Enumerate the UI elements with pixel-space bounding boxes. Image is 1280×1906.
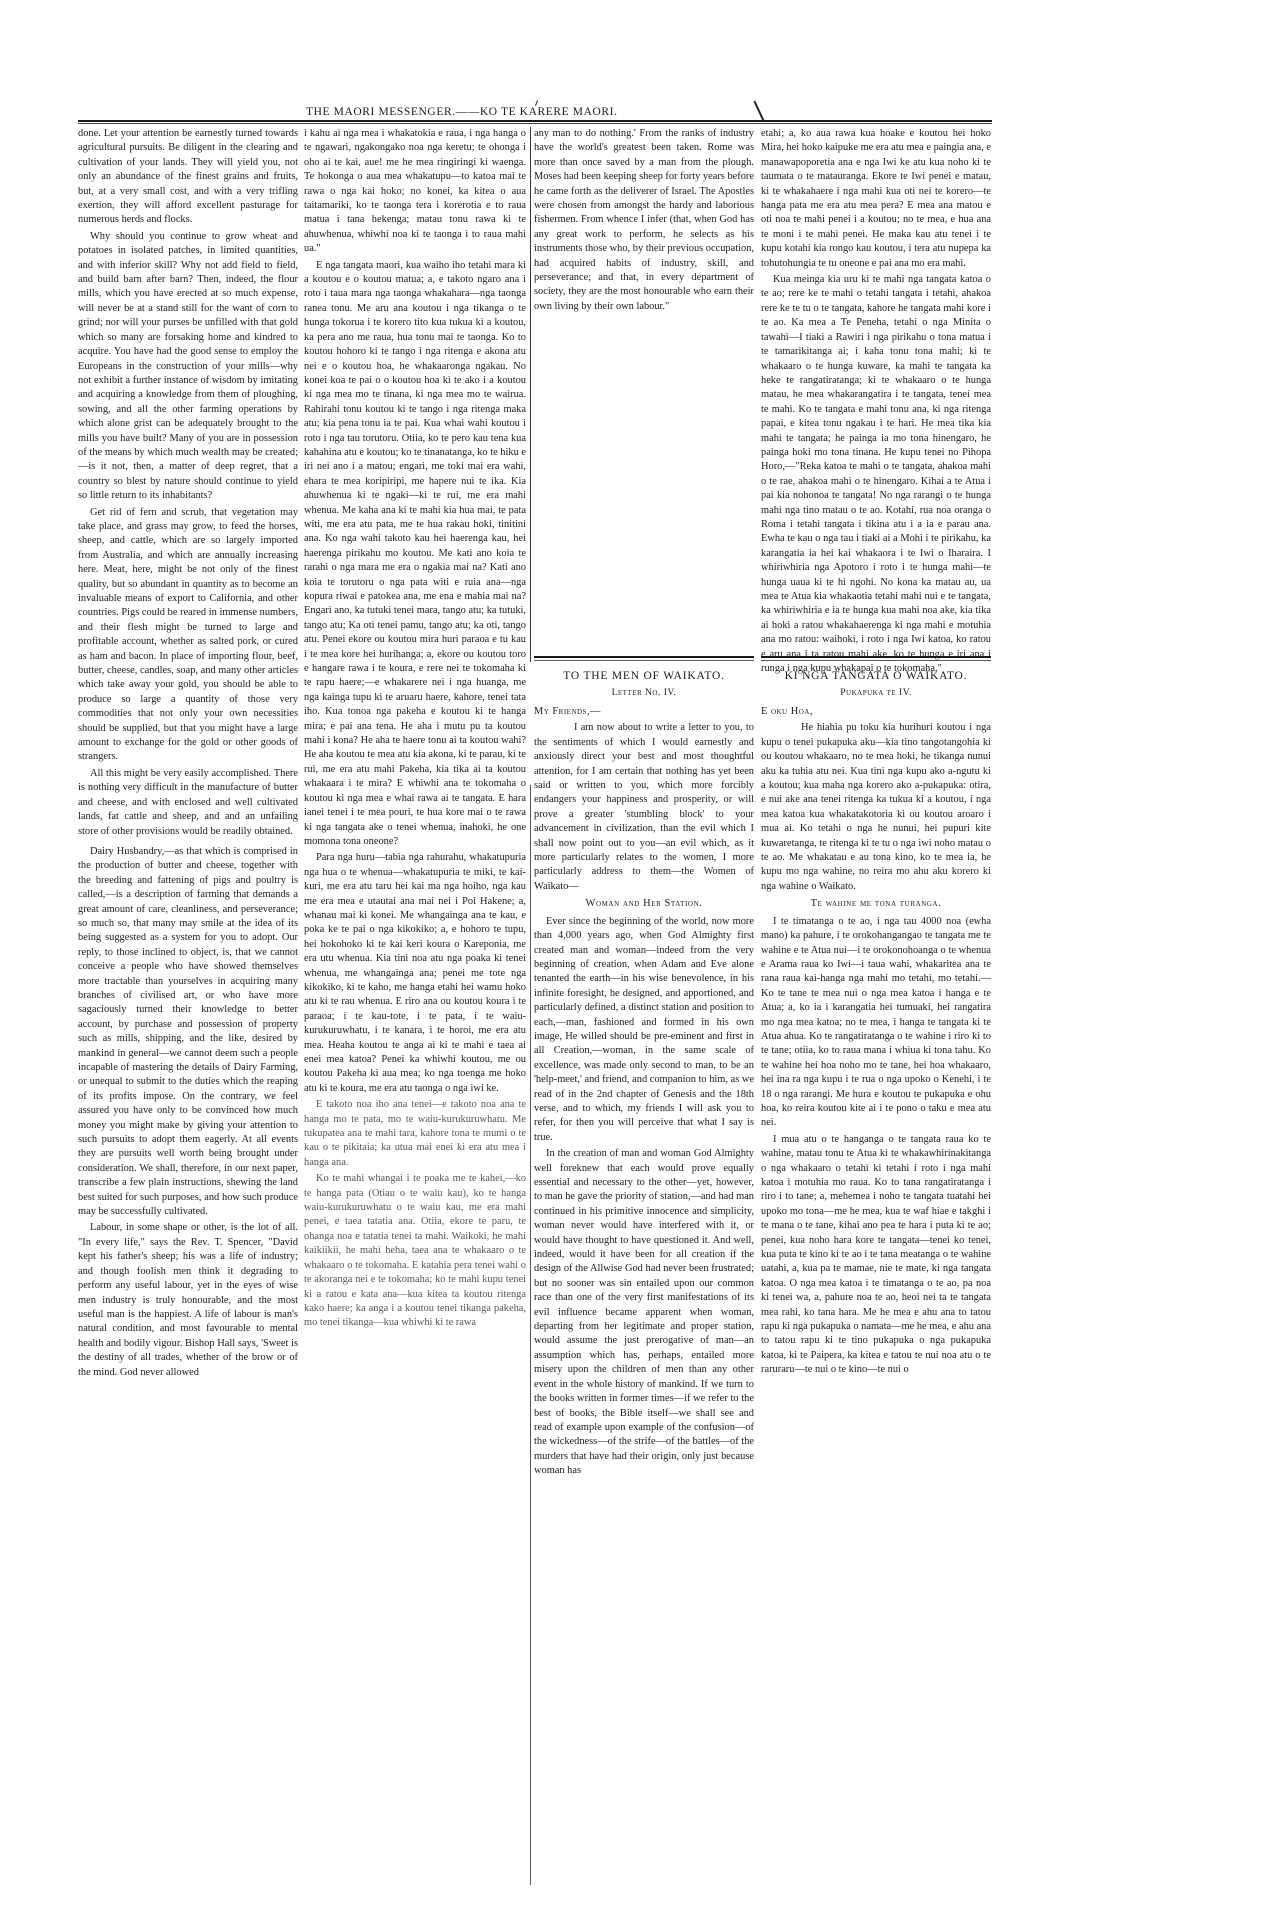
paragraph: any man to do nothing.' From the ranks o… bbox=[534, 127, 754, 314]
paragraph: i kahu ai nga mea i whakatokia e raua, i… bbox=[304, 127, 526, 257]
header-rule-thin bbox=[78, 123, 992, 124]
salutation: My Friends,— bbox=[534, 705, 754, 719]
paragraph: done. Let your attention be earnestly tu… bbox=[78, 127, 298, 228]
letter-number-english: Letter No. IV. bbox=[534, 688, 754, 698]
section-rule-thin bbox=[534, 660, 754, 661]
paragraph: Labour, in some shape or other, is the l… bbox=[78, 1221, 298, 1379]
paragraph: Why should you continue to grow wheat an… bbox=[78, 230, 298, 504]
letter-number-maori: Pukapuka te IV. bbox=[761, 688, 991, 698]
paragraph: I te timatanga o te ao, i nga tau 4000 n… bbox=[761, 915, 991, 1131]
column-divider bbox=[530, 127, 531, 662]
pencil-mark bbox=[753, 101, 764, 122]
column-maori-letter: etahi; a, ko aua rawa kua hoake e koutou… bbox=[761, 127, 991, 676]
paragraph: In the creation of man and woman God Alm… bbox=[534, 1147, 754, 1478]
paragraph: Dairy Husbandry,—as that which is compri… bbox=[78, 845, 298, 1220]
newspaper-page: THE MAORI MESSENGER.——KO TE KARERE MAORI… bbox=[78, 100, 992, 118]
subheading: Woman and Her Station. bbox=[534, 897, 754, 911]
paragraph: E nga tangata maori, kua waiho iho tetah… bbox=[304, 259, 526, 850]
section-rule bbox=[761, 656, 991, 658]
subheading: Te wahine me tona turanga. bbox=[761, 897, 991, 911]
paragraph: Get rid of fern and scrub, that vegetati… bbox=[78, 506, 298, 765]
section-rule bbox=[534, 656, 754, 658]
paragraph: E takoto noa iho ana tenei—e takoto noa … bbox=[304, 1098, 526, 1170]
paragraph: Para nga huru—tabia nga rahurahu, whakat… bbox=[304, 851, 526, 1096]
header-rule bbox=[78, 120, 992, 122]
section-rule-thin bbox=[761, 660, 991, 661]
letter-body-maori: E oku Hoa, He hiahia pu toku kia hurihur… bbox=[761, 705, 991, 1378]
paragraph: Ko te mahi whangai i te poaka me te kahe… bbox=[304, 1172, 526, 1330]
column-maori-agriculture: i kahu ai nga mea i whakatokia e raua, i… bbox=[304, 127, 526, 1331]
column-divider-lower bbox=[530, 785, 531, 1885]
paragraph: I mua atu o te hanganga o te tangata rau… bbox=[761, 1133, 991, 1378]
column-english-letter: any man to do nothing.' From the ranks o… bbox=[534, 127, 754, 314]
paragraph: He hiahia pu toku kia hurihuri koutou i … bbox=[761, 721, 991, 894]
paragraph: All this might be very easily accomplish… bbox=[78, 767, 298, 839]
page-title: THE MAORI MESSENGER.——KO TE KARERE MAORI… bbox=[306, 106, 618, 118]
section-title-english: TO THE MEN OF WAIKATO. bbox=[534, 670, 754, 682]
paragraph: etahi; a, ko aua rawa kua hoake e koutou… bbox=[761, 127, 991, 271]
letter-body-english: My Friends,— I am now about to write a l… bbox=[534, 705, 754, 1479]
paragraph: Ever since the beginning of the world, n… bbox=[534, 915, 754, 1146]
paragraph: Kua meinga kia uru ki te mahi nga tangat… bbox=[761, 273, 991, 676]
column-english-agriculture: done. Let your attention be earnestly tu… bbox=[78, 127, 298, 1380]
salutation: E oku Hoa, bbox=[761, 705, 991, 719]
masthead: THE MAORI MESSENGER.——KO TE KARERE MAORI… bbox=[78, 100, 992, 118]
section-title-maori: KI NGA TANGATA O WAIKATO. bbox=[761, 670, 991, 682]
paragraph: I am now about to write a letter to you,… bbox=[534, 721, 754, 894]
